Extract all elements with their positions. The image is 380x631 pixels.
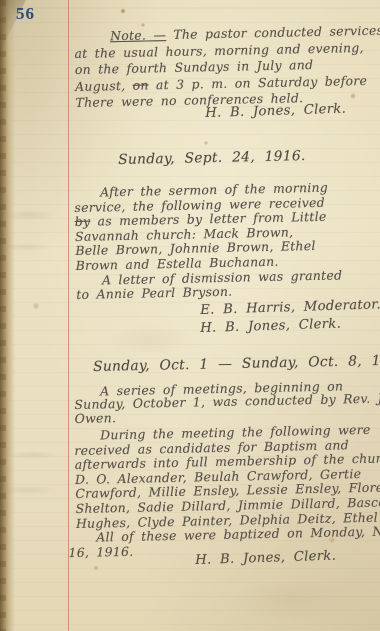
moderator-signature: E. B. Harris, Moderator.: [200, 297, 380, 318]
struck-word: on: [132, 77, 148, 92]
sept-minutes-paragraph: After the sermon of the morning service,…: [74, 180, 343, 302]
clerk-signature: H. B. Jones, Clerk.: [205, 102, 346, 121]
ledger-page: 56 Note. — The pastor conducted services…: [0, 0, 380, 631]
red-margin-line: [68, 0, 69, 631]
clerk-signature: H. B. Jones, Clerk.: [195, 549, 336, 568]
note-label: Note. —: [110, 27, 166, 43]
oct-baptism-paragraph: During the meeting the following were re…: [74, 421, 380, 560]
note-paragraph: Note. — The pastor conducted services at…: [74, 23, 380, 112]
oct-meetings-paragraph: A series of meetings, beginning on Sunda…: [74, 378, 380, 425]
note-text: The pastor conducted services: [173, 23, 380, 42]
page-number: 56: [16, 4, 35, 24]
struck-word: by: [75, 214, 91, 229]
binding-torn-edge: [0, 0, 15, 631]
clerk-signature: H. B. Jones, Clerk.: [200, 317, 341, 336]
note-text: August,: [75, 77, 126, 93]
entry-heading-oct1-8: Sunday, Oct. 1 — Sunday, Oct. 8, 1916.: [93, 352, 380, 375]
note-text: at 3 p. m. on Saturday before: [156, 72, 368, 91]
entry-heading-sept24: Sunday, Sept. 24, 1916.: [118, 148, 306, 168]
